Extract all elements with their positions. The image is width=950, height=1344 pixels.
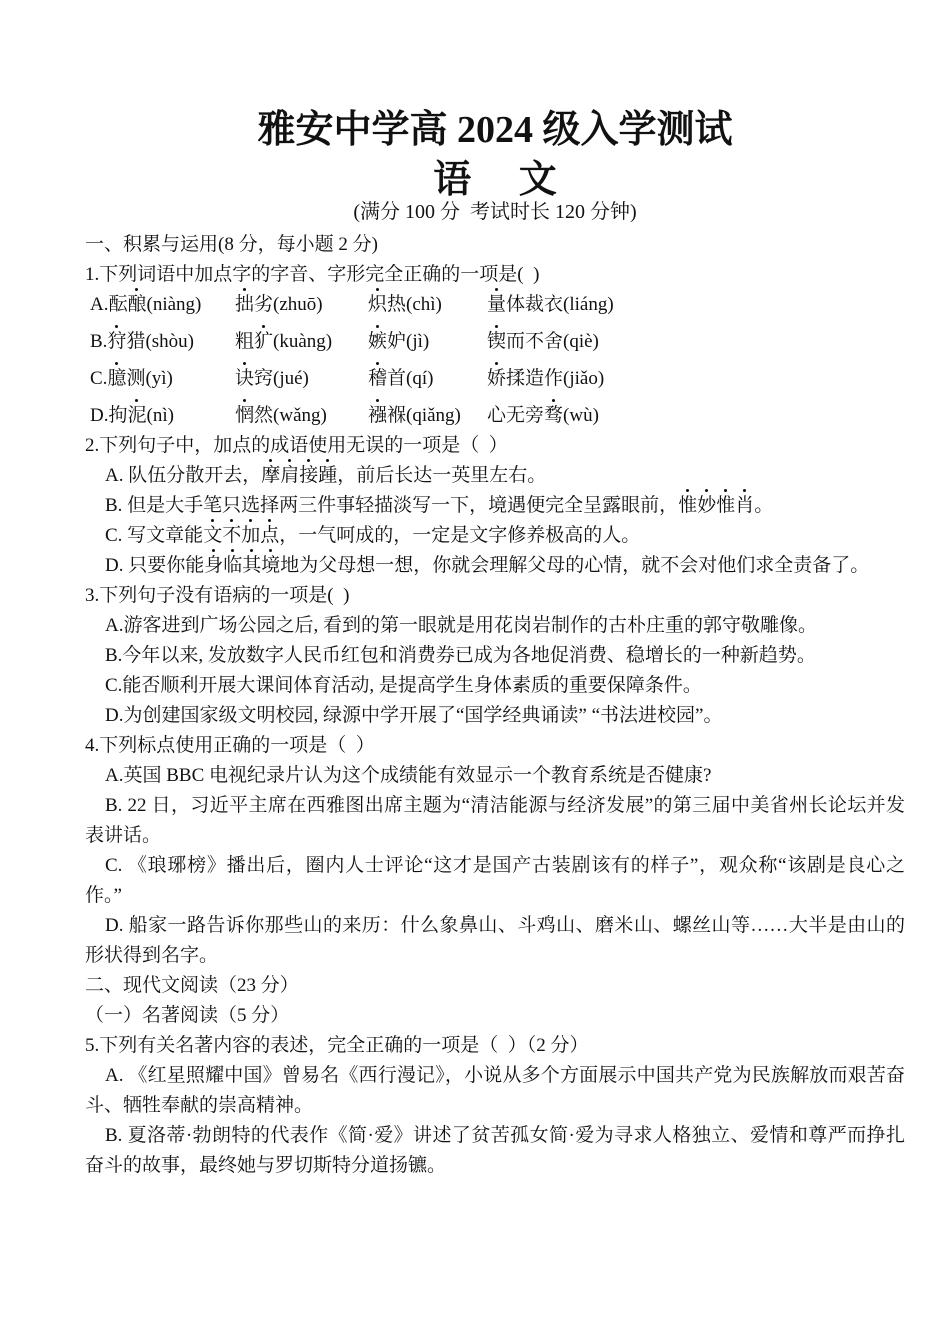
text-run: 心无旁 [487, 405, 544, 426]
q3-stem: 3.下列句子没有语病的一项是( ) [85, 581, 905, 611]
text-run: 2.下列句子中，加点的成语使用无误的一项是（ ） [85, 435, 508, 456]
page-content: 雅安中学高 2024 级入学测试 语 文 (满分 100 分 考试时长 120 … [0, 0, 950, 1181]
q4-option-c: C. 《琅琊榜》播出后，圈内人士评论“这才是国产古装剧该有的样子”，观众称“该剧… [85, 851, 905, 911]
word-item: A.酝酿(niàng) [90, 290, 235, 320]
text-run: 猎(shòu) [126, 331, 194, 352]
q3-option-c: C.能否顺利开展大课间体育活动, 是提高学生身体素质的重要保障条件。 [85, 671, 905, 701]
word-item: 稽首(qí) [368, 364, 487, 394]
text-run: B. [90, 331, 107, 352]
word-item: 粗犷(kuàng) [235, 327, 368, 357]
q3-option-a: A.游客进到广场公园之后, 看到的第一眼就是用花岗岩制作的古朴庄重的郭守敬雕像。 [85, 611, 905, 641]
q1-stem: 1.下列词语中加点字的字音、字形完全正确的一项是( ) [85, 260, 905, 290]
text-run: A. 队伍分散开去， [105, 465, 261, 486]
exam-title: 雅安中学高 2024 级入学测试 [85, 108, 905, 152]
emphasis-dot-char: 嫉 [368, 331, 387, 352]
emphasis-dot-char: 狩 [107, 331, 126, 352]
text-run: B. 22 日，习近平主席在西雅图出席主题为“清洁能源与经济发展”的第三届中美省… [85, 795, 905, 846]
text-run: C. 《琅琊榜》播出后，圈内人士评论“这才是国产古装剧该有的样子”，观众称“该剧… [85, 855, 905, 906]
text-run: D.为创建国家级文明校园, 绿源中学开展了“国学经典诵读” “书法进校园”。 [105, 705, 722, 726]
text-run: 首(qí) [387, 368, 433, 389]
q3-option-d: D.为创建国家级文明校园, 绿源中学开展了“国学经典诵读” “书法进校园”。 [85, 701, 905, 731]
word-item: 惘然(wǎng) [235, 401, 368, 431]
q1-option-a: A.酝酿(niàng)拙劣(zhuō)炽热(chì)量体裁衣(liáng) [85, 290, 905, 320]
word-item: 量体裁衣(liáng) [487, 290, 905, 320]
emphasis-dot-char: 文 [203, 525, 222, 546]
section-1-heading: 一、积累与运用(8 分，每小题 2 分) [85, 230, 905, 260]
emphasis-dot-char: 其 [242, 555, 261, 576]
emphasis-dot-char: 拙 [235, 294, 254, 315]
emphasis-dot-char: 犷 [254, 331, 273, 352]
text-run: 5.下列有关名著内容的表述，完全正确的一项是（ ）（2 分） [85, 1035, 589, 1056]
emphasis-dot-char: 诀 [235, 368, 254, 389]
word-item: 锲而不舍(qiè) [487, 327, 905, 357]
emphasis-dot-char: 接 [299, 465, 318, 486]
text-run: D. 只要你能 [105, 555, 204, 576]
word-item: C.臆测(yì) [90, 364, 235, 394]
emphasis-dot-char: 惟 [678, 495, 697, 516]
q4-option-b: B. 22 日，习近平主席在西雅图出席主题为“清洁能源与经济发展”的第三届中美省… [85, 791, 905, 851]
text-run: (nì) [147, 405, 174, 426]
word-item: 娇揉造作(jiǎo) [487, 364, 905, 394]
emphasis-dot-char: 肖 [735, 495, 754, 516]
q2-option-c: C. 写文章能文不加点，一气呵成的，一定是文字修养极高的人。 [85, 521, 905, 551]
word-item: 心无旁骛(wù) [487, 401, 905, 431]
text-run: C. 写文章能 [105, 525, 203, 546]
q5-option-a: A. 《红星照耀中国》曾易名《西行漫记》，小说从多个方面展示中国共产党为民族解放… [85, 1061, 905, 1121]
text-run: （一）名著阅读（5 分） [85, 1005, 289, 1026]
q4-option-d: D. 船家一路告诉你那些山的来历：什么象鼻山、斗鸡山、磨米山、螺丝山等……大半是… [85, 911, 905, 971]
text-run: 3.下列句子没有语病的一项是( ) [85, 585, 349, 606]
emphasis-dot-char: 身 [204, 555, 223, 576]
text-run: 一、积累与运用(8 分，每小题 2 分) [85, 234, 378, 255]
text-run: 然(wǎng) [254, 405, 327, 426]
section-2-sub-heading: （一）名著阅读（5 分） [85, 1001, 905, 1031]
text-run: A.英国 BBC 电视纪录片认为这个成绩能有效显示一个教育系统是否健康? [105, 765, 711, 786]
text-run: B.今年以来, 发放数字人民币红包和消费券已成为各地促消费、稳增长的一种新趋势。 [105, 645, 816, 666]
word-item: 拙劣(zhuō) [235, 290, 368, 320]
emphasis-dot-char: 临 [223, 555, 242, 576]
word-item: 炽热(chì) [368, 290, 487, 320]
text-run: 窍(jué) [254, 368, 309, 389]
text-run: 褓(qiǎng) [387, 405, 461, 426]
q5-option-b: B. 夏洛蒂·勃朗特的代表作《简·爱》讲述了贫苦孤女简·爱为寻求人格独立、爱情和… [85, 1121, 905, 1181]
text-run: B. 但是大手笔只选择两三件事轻描淡写一下，境遇便完全呈露眼前， [105, 495, 678, 516]
text-run: 。 [754, 495, 773, 516]
q2-stem: 2.下列句子中，加点的成语使用无误的一项是（ ） [85, 431, 905, 461]
text-run: D. 船家一路告诉你那些山的来历：什么象鼻山、斗鸡山、磨米山、螺丝山等……大半是… [85, 915, 905, 966]
emphasis-dot-char: 不 [222, 525, 241, 546]
word-item: B.狩猎(shòu) [90, 327, 235, 357]
exam-page: 雅安中学高 2024 级入学测试 语 文 (满分 100 分 考试时长 120 … [0, 0, 950, 1344]
word-item: 嫉妒(jì) [368, 327, 487, 357]
text-run: 4.下列标点使用正确的一项是（ ） [85, 735, 375, 756]
text-run: 体裁衣(liáng) [506, 294, 614, 315]
text-run: (wù) [563, 405, 599, 426]
emphasis-dot-char: 点 [260, 525, 279, 546]
word-item: 诀窍(jué) [235, 364, 368, 394]
emphasis-dot-char: 量 [487, 294, 506, 315]
text-run: (niàng) [147, 294, 202, 315]
emphasis-dot-char: 摩 [261, 465, 280, 486]
emphasis-dot-char: 踵 [318, 465, 337, 486]
emphasis-dot-char: 泥 [127, 405, 146, 426]
emphasis-dot-char: 炽 [368, 294, 387, 315]
text-run: 粗 [235, 331, 254, 352]
text-run: C.能否顺利开展大课间体育活动, 是提高学生身体素质的重要保障条件。 [105, 675, 702, 696]
emphasis-dot-char: 锲 [487, 331, 506, 352]
emphasis-dot-char: 稽 [368, 368, 387, 389]
text-run: 劣(zhuō) [254, 294, 323, 315]
q2-option-b: B. 但是大手笔只选择两三件事轻描淡写一下，境遇便完全呈露眼前，惟妙惟肖。 [85, 491, 905, 521]
emphasis-dot-char: 境 [261, 555, 280, 576]
word-item: D.拘泥(nì) [90, 401, 235, 431]
document-body: 一、积累与运用(8 分，每小题 2 分)1.下列词语中加点字的字音、字形完全正确… [85, 230, 905, 1181]
text-run: 二、现代文阅读（23 分） [85, 975, 299, 996]
q1-option-b: B.狩猎(shòu)粗犷(kuàng)嫉妒(jì)锲而不舍(qiè) [85, 327, 905, 357]
q4-stem: 4.下列标点使用正确的一项是（ ） [85, 731, 905, 761]
q5-stem: 5.下列有关名著内容的表述，完全正确的一项是（ ）（2 分） [85, 1031, 905, 1061]
emphasis-dot-char: 加 [241, 525, 260, 546]
text-run: 地为父母想一想，你就会理解父母的心情，就不会对他们求全责备了。 [280, 555, 869, 576]
emphasis-dot-char: 酿 [127, 294, 146, 315]
q3-option-b: B.今年以来, 发放数字人民币红包和消费券已成为各地促消费、稳增长的一种新趋势。 [85, 641, 905, 671]
word-item: 襁褓(qiǎng) [368, 401, 487, 431]
text-run: (kuàng) [273, 331, 332, 352]
text-run: 热(chì) [387, 294, 442, 315]
exam-info: (满分 100 分 考试时长 120 分钟) [85, 200, 905, 224]
text-run: A.酝 [90, 294, 127, 315]
text-run: 1.下列词语中加点字的字音、字形完全正确的一项是( ) [85, 264, 539, 285]
section-2-heading: 二、现代文阅读（23 分） [85, 971, 905, 1001]
emphasis-dot-char: 肩 [280, 465, 299, 486]
q1-option-c: C.臆测(yì)诀窍(jué)稽首(qí)娇揉造作(jiǎo) [85, 364, 905, 394]
emphasis-dot-char: 惘 [235, 405, 254, 426]
emphasis-dot-char: 妙 [697, 495, 716, 516]
emphasis-dot-char: 惟 [716, 495, 735, 516]
emphasis-dot-char: 娇 [487, 368, 506, 389]
text-run: A. 《红星照耀中国》曾易名《西行漫记》，小说从多个方面展示中国共产党为民族解放… [85, 1065, 905, 1116]
text-run: 妒(jì) [387, 331, 429, 352]
text-run: 而不舍(qiè) [506, 331, 599, 352]
text-run: C. [90, 368, 107, 389]
exam-subject: 语 文 [85, 160, 905, 200]
text-run: ，前后长达一英里左右。 [337, 465, 546, 486]
q1-option-d: D.拘泥(nì)惘然(wǎng)襁褓(qiǎng)心无旁骛(wù) [85, 401, 905, 431]
text-run: A.游客进到广场公园之后, 看到的第一眼就是用花岗岩制作的古朴庄重的郭守敬雕像。 [105, 615, 817, 636]
text-run: D.拘 [90, 405, 127, 426]
text-run: 揉造作(jiǎo) [506, 368, 604, 389]
emphasis-dot-char: 骛 [544, 405, 563, 426]
text-run: 测(yì) [126, 368, 172, 389]
q4-option-a: A.英国 BBC 电视纪录片认为这个成绩能有效显示一个教育系统是否健康? [85, 761, 905, 791]
q2-option-a: A. 队伍分散开去，摩肩接踵，前后长达一英里左右。 [85, 461, 905, 491]
text-run: B. 夏洛蒂·勃朗特的代表作《简·爱》讲述了贫苦孤女简·爱为寻求人格独立、爱情和… [85, 1125, 905, 1176]
emphasis-dot-char: 襁 [368, 405, 387, 426]
emphasis-dot-char: 臆 [107, 368, 126, 389]
q2-option-d: D. 只要你能身临其境地为父母想一想，你就会理解父母的心情，就不会对他们求全责备… [85, 551, 905, 581]
text-run: ，一气呵成的，一定是文字修养极高的人。 [279, 525, 640, 546]
